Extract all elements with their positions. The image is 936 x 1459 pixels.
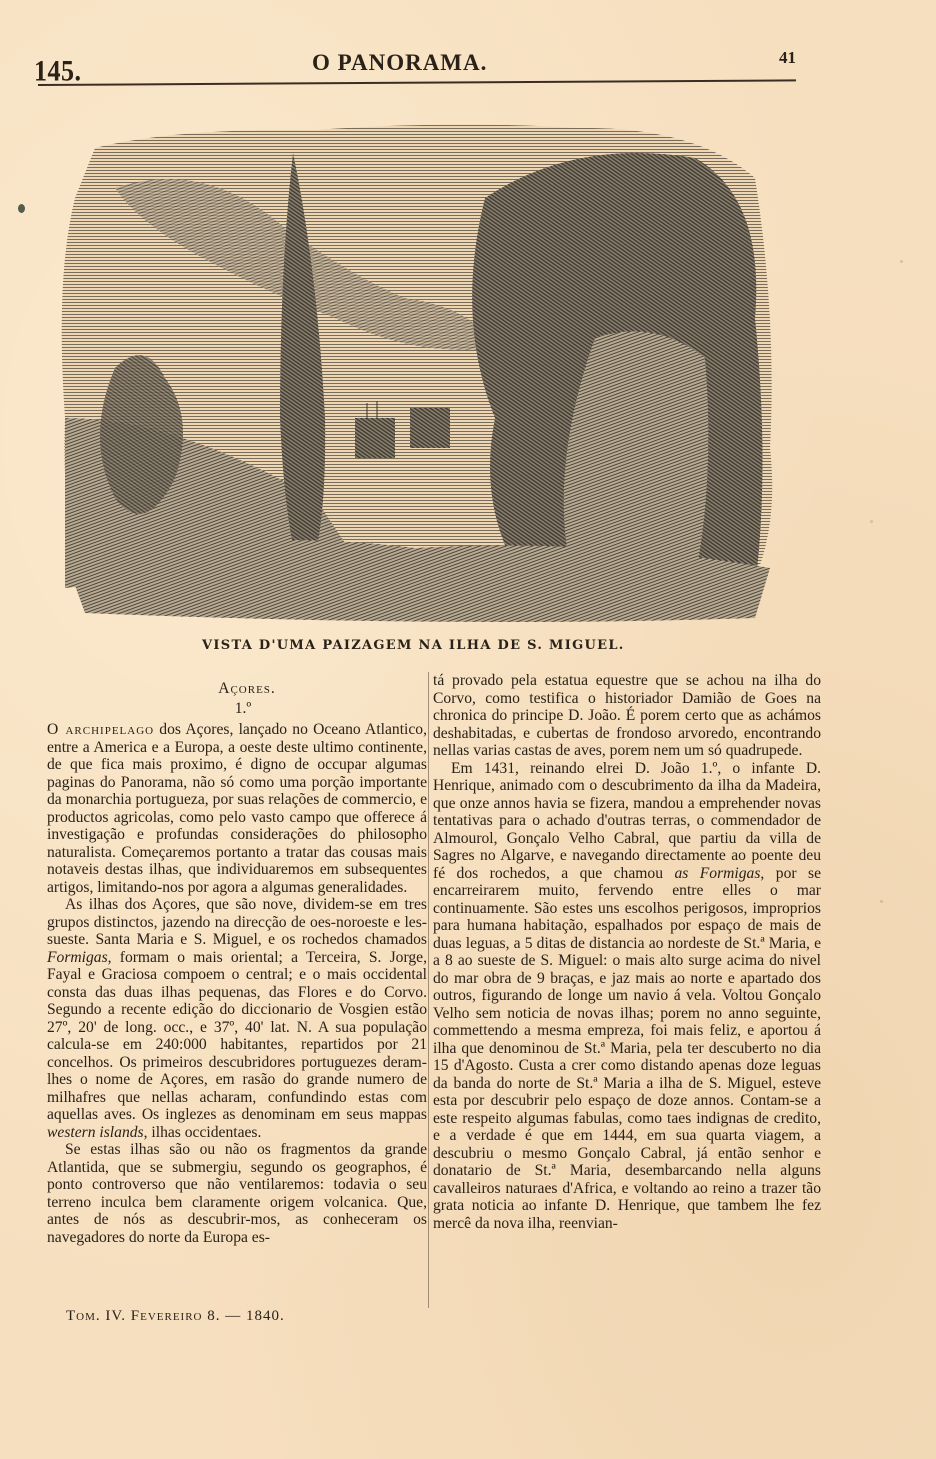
paragraph: Se estas ilhas são ou não os fragmentos … [47,1141,427,1246]
article-title: Açores. [47,680,427,698]
foxing-spot [880,900,883,903]
paragraph: tá provado pela estatua equestre que se … [433,672,821,760]
volume-date-footer: Tom. IV. Fevereiro 8. — 1840. [66,1308,285,1325]
landscape-engraving [55,118,780,623]
lead-words: O archipelago [47,721,154,738]
paragraph: Em 1431, reinando elrei D. João 1.º, o i… [433,760,821,1233]
right-column: tá provado pela estatua equestre que se … [433,672,821,1232]
paragraph: O archipelago dos Açores, lançado no Oce… [47,721,427,896]
foxing-spot [900,260,903,263]
foxing-spot [870,520,873,523]
left-column: Açores. 1.º O archipelago dos Açores, la… [47,680,427,1246]
paragraph: As ilhas dos Açores, que são nove, divid… [47,896,427,1141]
ink-spot [18,204,25,213]
section-number: 1.º [47,700,427,718]
page-number: 41 [779,48,796,68]
column-divider [428,672,429,1308]
masthead-title: O PANORAMA. [312,50,487,76]
illustration-caption: VISTA D'UMA PAIZAGEM NA ILHA DE S. MIGUE… [202,638,625,653]
document-page: 145. O PANORAMA. 41 [0,0,936,1459]
engraving-image [55,118,780,623]
